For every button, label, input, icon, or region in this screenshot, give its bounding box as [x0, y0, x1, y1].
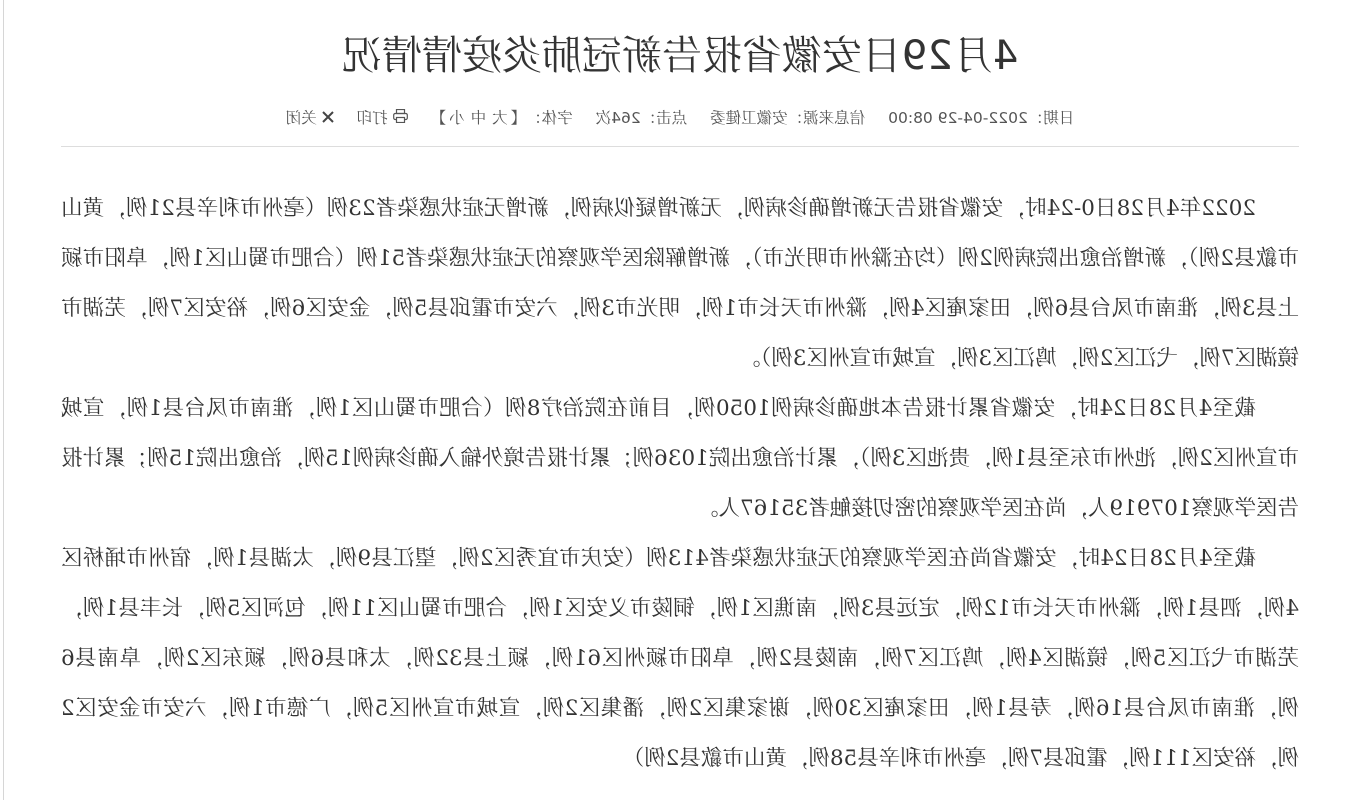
date-value: 2022-04-29 08:00 [888, 105, 1028, 131]
font-size-large-button[interactable]: 大 [492, 105, 508, 131]
clicks-label: 点击： [641, 105, 688, 131]
close-label: 关闭 [286, 105, 317, 131]
close-button[interactable]: 关闭 [286, 105, 334, 131]
article-body: 2022年4月28日0-24时，安徽省报告无新增确诊病例，无新增疑似病例，新增无… [61, 184, 1299, 784]
source-value: 安徽卫健委 [710, 105, 788, 131]
click-count: 点击：264次 [596, 105, 688, 131]
article-title: 4月29日安徽省报告新冠肺炎疫情情况 [61, 0, 1299, 82]
page-border [3, 0, 4, 800]
article-meta: 日期：2022-04-29 08:00 信息来源：安徽卫健委 点击：264次 字… [61, 105, 1299, 131]
font-size-small-button[interactable]: 小 [449, 105, 465, 131]
source-info: 信息来源：安徽卫健委 [710, 105, 865, 131]
print-label: 打印 [357, 105, 388, 131]
bracket-open: 【 [511, 105, 527, 131]
font-size-medium-button[interactable]: 中 [471, 105, 487, 131]
bracket-close: 】 [431, 105, 447, 131]
font-size-control: 字体：【大中小】 [431, 105, 573, 131]
source-label: 信息来源： [788, 105, 866, 131]
clicks-value: 264次 [596, 105, 641, 131]
article: 4月29日安徽省报告新冠肺炎疫情情况 日期：2022-04-29 08:00 信… [61, 0, 1299, 784]
date-label: 日期： [1028, 105, 1075, 131]
paragraph-cumulative-confirmed: 截至4月28日24时，安徽省累计报告本地确诊病例1050例，目前在院治疗8例（合… [61, 384, 1299, 534]
mirrored-page: 4月29日安徽省报告新冠肺炎疫情情况 日期：2022-04-29 08:00 信… [0, 0, 1354, 800]
font-label: 字体： [526, 105, 573, 131]
close-icon [322, 105, 334, 131]
print-button[interactable]: 打印 [357, 105, 408, 131]
printer-icon [393, 105, 408, 131]
paragraph-daily-report: 2022年4月28日0-24时，安徽省报告无新增确诊病例，无新增疑似病例，新增无… [61, 184, 1299, 384]
header-divider [61, 146, 1299, 147]
paragraph-asymptomatic-under-observation: 截至4月28日24时，安徽省尚在医学观察的无症状感染者413例（安庆市宜秀区2例… [61, 534, 1299, 784]
date-info: 日期：2022-04-29 08:00 [888, 105, 1074, 131]
